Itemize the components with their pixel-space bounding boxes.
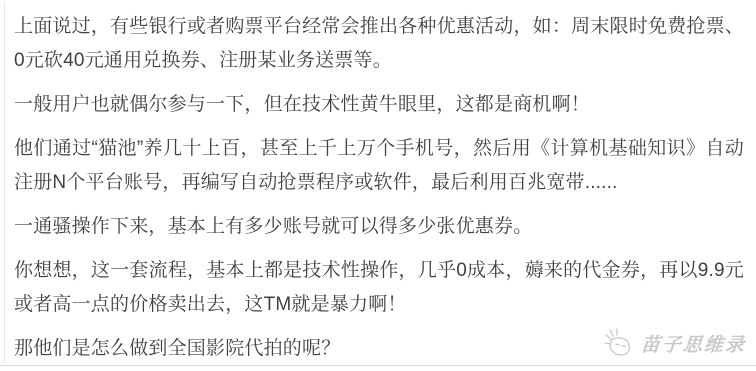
sprout-doodle-icon [602, 326, 636, 360]
watermark: 苗子思维录 [602, 326, 746, 360]
paragraph-3: 他们通过“猫池”养几十上百，甚至上千上万个手机号，然后用《计算机基础知识》自动注… [14, 132, 744, 200]
article-page: 上面说过，有些银行或者购票平台经常会推出各种优惠活动，如：周末限时免费抢票、0元… [0, 0, 756, 371]
left-border-line [4, 2, 5, 363]
watermark-label: 苗子思维录 [640, 330, 747, 357]
paragraph-1: 上面说过，有些银行或者购票平台经常会推出各种优惠活动，如：周末限时免费抢票、0元… [14, 10, 744, 78]
paragraph-4: 一通骚操作下来，基本上有多少账号就可以得多少张优惠券。 [14, 210, 744, 244]
article-body: 上面说过，有些银行或者购票平台经常会推出各种优惠活动，如：周末限时免费抢票、0元… [0, 0, 756, 366]
paragraph-2: 一般用户也就偶尔参与一下，但在技术性黄牛眼里，这都是商机啊！ [14, 88, 744, 122]
paragraph-5: 你想想，这一套流程，基本上都是技术性操作，几乎0成本，薅来的代金券，再以9.9元… [14, 254, 744, 322]
bottom-border-line [0, 365, 756, 366]
